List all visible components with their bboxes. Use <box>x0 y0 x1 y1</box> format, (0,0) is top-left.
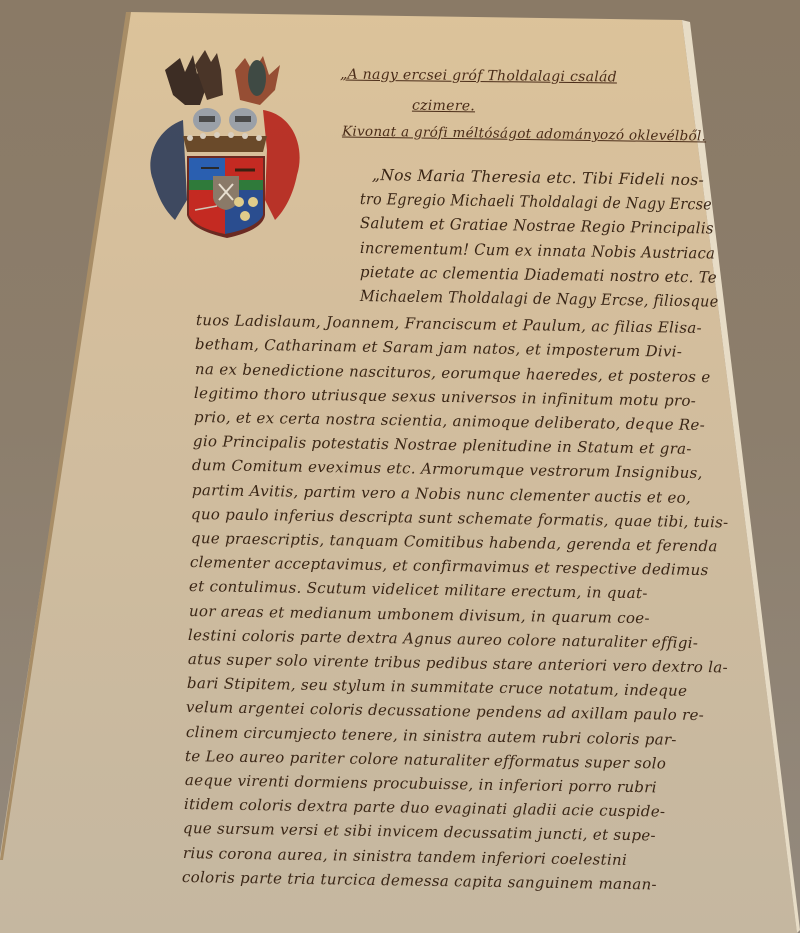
heading-line-1: „A nagy ercsei gróf Tholdalagi család <box>340 67 617 86</box>
coat-of-arms-icon <box>145 50 305 240</box>
heading-line-2: czimere. <box>412 98 475 115</box>
